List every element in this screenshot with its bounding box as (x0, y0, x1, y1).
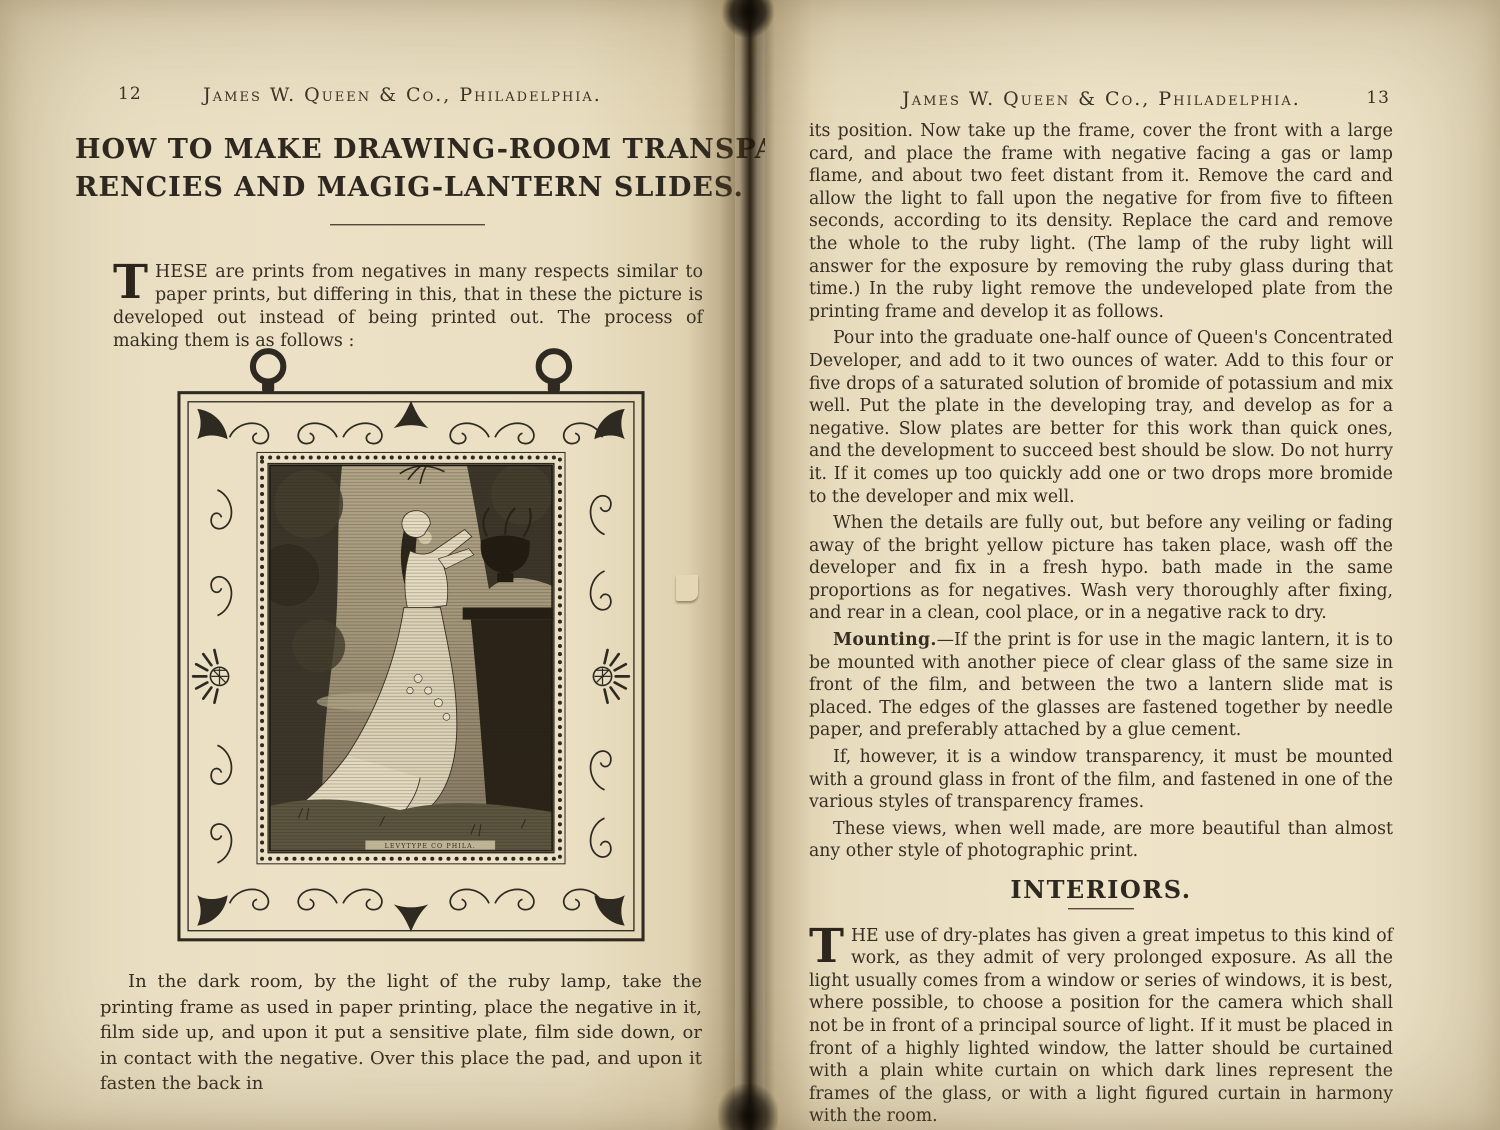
paragraph: If, however, it is a window transparency… (809, 746, 1393, 814)
dropcap-initial: T (809, 925, 851, 965)
hanging-ring-icon (253, 351, 569, 392)
section-title: HOW TO MAKE DRAWING-ROOM TRANSPA- RENCIE… (75, 131, 685, 207)
page-number-left: 12 (118, 84, 142, 104)
framed-engraving: LEVYTYPE CO PHILA. (166, 342, 656, 954)
intro-text: HESE are prints from negatives in many r… (113, 262, 703, 351)
page-left: 12 James W. Queen & Co., Philadelphia. H… (0, 0, 735, 1130)
paragraph: Pour into the graduate one-half ounce of… (809, 327, 1393, 508)
running-head-left-text: James W. Queen & Co., Philadelphia. (203, 84, 602, 106)
paragraph: its position. Now take up the frame, cov… (809, 120, 1393, 323)
interiors-paragraph: THE use of dry-plates has given a great … (809, 925, 1393, 1128)
paragraph: These views, when well made, are more be… (809, 818, 1393, 863)
garden-scene (258, 453, 554, 851)
page-right: James W. Queen & Co., Philadelphia. 13 i… (765, 0, 1500, 1130)
book-spread: 12 James W. Queen & Co., Philadelphia. H… (0, 0, 1500, 1130)
page-edge-tear (676, 575, 698, 601)
title-rule (330, 224, 485, 225)
sunburst-ornament-left (193, 650, 228, 703)
closing-paragraph: In the dark room, by the light of the ru… (100, 969, 702, 1097)
running-head-left: 12 James W. Queen & Co., Philadelphia. (110, 84, 695, 106)
running-head-right-text: James W. Queen & Co., Philadelphia. (902, 88, 1301, 110)
title-line-1: HOW TO MAKE DRAWING-ROOM TRANSPA- (75, 134, 789, 165)
running-head-right: James W. Queen & Co., Philadelphia. 13 (809, 88, 1394, 110)
intro-paragraph: THESE are prints from negatives in many … (113, 261, 703, 353)
page-number-right: 13 (1366, 88, 1390, 108)
interiors-heading: INTERIORS. (809, 879, 1393, 902)
sunburst-ornament-right (593, 650, 628, 703)
engraving-credit: LEVYTYPE CO PHILA. (385, 843, 476, 850)
title-line-2: RENCIES AND MAGIG-LANTERN SLIDES. (75, 172, 744, 203)
paragraph: When the details are fully out, but befo… (809, 512, 1393, 625)
book-gutter (688, 0, 812, 1130)
right-text-column: its position. Now take up the frame, cov… (809, 120, 1393, 1130)
dropcap-initial: T (113, 261, 155, 301)
interiors-text: HE use of dry-plates has given a great i… (809, 926, 1393, 1127)
interiors-rule (1068, 908, 1134, 909)
engraving-svg: LEVYTYPE CO PHILA. (166, 342, 656, 954)
mounting-label: Mounting. (833, 630, 937, 650)
mounting-paragraph: Mounting.—If the print is for use in the… (809, 629, 1393, 742)
